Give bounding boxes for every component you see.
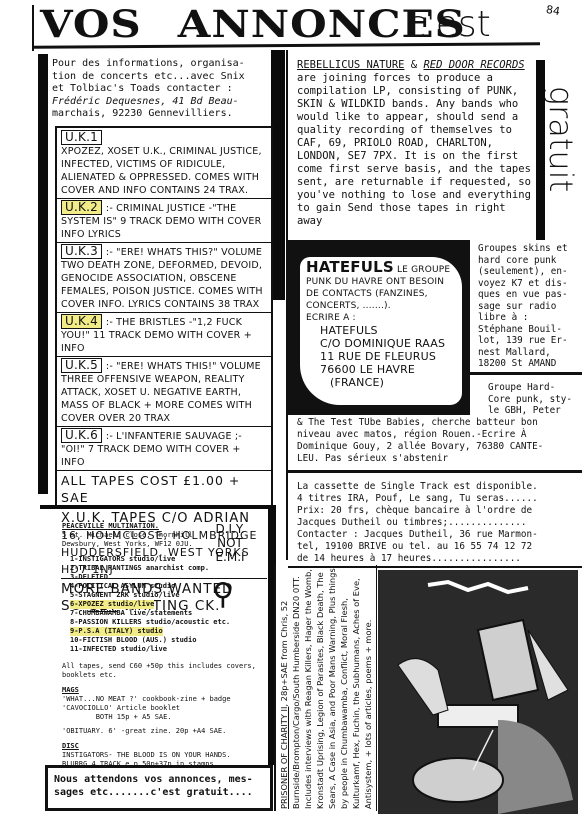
peaceville-tape: 9-P.S.A (ITALY) studio (70, 627, 163, 636)
xuk-entry-label: U.K.1 (61, 130, 102, 145)
peaceville-tape: 4-POLITICAL ASYLUM studio (70, 582, 267, 591)
xuk-tapes-ad: U.K.1 XPOZEZ, XOSET U.K., CRIMINAL JUSTI… (55, 126, 273, 508)
page-title: VOSANNONCES (40, 2, 466, 46)
skins-line: nest Mallard, (478, 347, 582, 359)
xuk-entry: U.K.1 XPOZEZ, XOSET U.K., CRIMINAL JUSTI… (57, 128, 271, 199)
hatefuls-address-line: HATEFULS (320, 324, 458, 337)
prisoner-text: PRISONER OF CHARITY II, 28p+SAE from Chr… (276, 565, 376, 811)
xuk-price: ALL TAPES COST £1.00 + SAE (57, 471, 271, 508)
diy-not-emi-slogan: D.I.Y. NOT E.M.I (205, 522, 255, 564)
prisoner-of-charity-ad: PRISONER OF CHARITY II, 28p+SAE from Chr… (274, 565, 377, 811)
rebellicus-heading: REBELLICUS NATURE (297, 59, 404, 71)
rebellicus-body: are joining forces to produce a compilat… (297, 72, 531, 227)
hatefuls-address: HATEFULS C/O DOMINIQUE RAAS 11 RUE DE FL… (306, 324, 458, 389)
hatefuls-line: PUNK DU HAVRE ONT BESOIN (306, 276, 458, 288)
hatefuls-subtitle: LE GROUPE (397, 265, 450, 275)
footer-line: sages etc.......c'est gratuit.... (54, 786, 264, 799)
hatefuls-line: ECRIRE A : (306, 312, 458, 324)
skins-line: libre à : (478, 312, 582, 324)
skins-line: (seulement), en- (478, 266, 582, 278)
title-word-vos: VOS (40, 2, 142, 46)
hatefuls-ad: HATEFULS LE GROUPE PUNK DU HAVRE ONT BES… (300, 257, 462, 405)
xuk-entry: U.K.4:- THE BRISTLES -"1,2 FUCK YOU!" 11… (57, 313, 271, 357)
red-door-heading: RED DOOR RECORDS (423, 59, 524, 71)
prisoner-title: PRISONER OF CHARITY II (279, 707, 289, 809)
xuk-entry-label: U.K.2 (61, 200, 102, 215)
hardcore-line: & The Test TUbe Babies, cherche batteur … (297, 417, 582, 429)
footer-line: Nous attendons vos annonces, mes- (54, 773, 264, 786)
prisoner-body: 28p+SAE from Chris, 52 Burnside/Brompton… (279, 568, 373, 809)
rebellicus-ad: REBELLICUS NATURE & RED DOOR RECORDS are… (297, 59, 535, 228)
slogan-line: D.I.Y. (205, 522, 255, 536)
slogan-line: E.M.I (205, 550, 255, 564)
hatefuls-line: CONCERTS, .......). (306, 300, 458, 312)
snix-line: tion de concerts etc...avec Snix (52, 71, 270, 84)
skins-line: lot, 139 rue Er- (478, 335, 582, 347)
snix-line: marchais, 92230 Gennevilliers. (52, 108, 270, 121)
hatefuls-text: HATEFULS LE GROUPE PUNK DU HAVRE ONT BES… (300, 257, 462, 389)
single-track-line: tel, 19100 BRIVE ou tel. au 16 55 74 12 … (297, 541, 582, 553)
center-ink-border (271, 50, 285, 300)
peaceville-top-rule (40, 505, 270, 509)
hardcore-line: niveau avec matos, région Rouen.-Ecrire … (297, 429, 582, 441)
peaceville-mag: 'CAVOCIOLLO' Article booklet (62, 704, 267, 713)
xuk-entry: U.K.2:- CRIMINAL JUSTICE -"THE SYSTEM IS… (57, 199, 271, 243)
hardcore-line: le GBH, Peter (488, 405, 582, 417)
single-track-line: La cassette de Single Track est disponib… (297, 481, 582, 493)
peaceville-tape: 3-DELETED (70, 573, 267, 582)
camera-figure-icon (378, 570, 578, 814)
surveillance-camera-illustration (378, 570, 578, 814)
snix-line: et Tolbiac's Toads contacter : (52, 83, 270, 96)
xuk-entry-label: U.K.3 (61, 244, 102, 259)
skins-line: 18200 St AMAND (478, 358, 582, 370)
hatefuls-address-line: (FRANCE) (320, 376, 458, 389)
single-track-line: Jacques Dutheil ou timbres;.............… (297, 517, 582, 529)
skins-ad: Groupes skins et hard core punk (seuleme… (478, 243, 582, 370)
hatefuls-address-line: C/O DOMINIQUE RAAS (320, 337, 458, 350)
peaceville-tape-list: 1-INSTIGATORS studio/live 2-TRIBAL RANTI… (62, 555, 267, 654)
xuk-entry-label: U.K.5 (61, 358, 102, 373)
title-cest: c'est (406, 4, 491, 45)
hardcore-ad-top: Groupe Hard- Core punk, sty- le GBH, Pet… (488, 382, 582, 417)
left-ink-border (38, 54, 48, 494)
single-track-ad: La cassette de Single Track est disponib… (297, 481, 582, 565)
page-number: 84 (545, 3, 561, 18)
hardcore-line: Dominique Gouy, 2 allée Bovary, 76380 CA… (297, 441, 582, 453)
hardcore-line: LEU. Pas sérieux s'abstenir (297, 453, 582, 465)
anarchy-peace-symbol-icon: ⚲ (212, 580, 234, 610)
xuk-entry: U.K.3:- "ERE! WHATS THIS?" VOLUME TWO DE… (57, 243, 271, 313)
peaceville-mags-heading: MAGS (62, 686, 267, 695)
peaceville-tape: 8-PASSION KILLERS studio/acoustic etc. (70, 618, 267, 627)
xuk-entry-label: U.K.6 (61, 428, 102, 443)
peaceville-tape: 7-CHUMBAWAMBA live/statements (70, 609, 267, 618)
hardcore-line: Groupe Hard- (488, 382, 582, 394)
peaceville-tape: 5-STAGNENT ZRK studio/live (70, 591, 267, 600)
xuk-entry: U.K.6:- L'INFANTERIE SAUVAGE ;- "OI!" 7 … (57, 427, 271, 471)
single-track-line: Contacter : Jacques Dutheil, 36 rue Marm… (297, 529, 582, 541)
single-track-line: Prix: 20 frs, chèque bancaire à l'ordre … (297, 505, 582, 517)
footer-ad: Nous attendons vos annonces, mes- sages … (45, 765, 273, 811)
right-ink-border (536, 60, 545, 240)
hatefuls-address-line: 11 RUE DE FLEURUS (320, 350, 458, 363)
footer-text: Nous attendons vos annonces, mes- sages … (48, 768, 270, 804)
xuk-entry: U.K.5:- "ERE! WHATS THIS!" VOLUME THREE … (57, 357, 271, 427)
frame-left-top (32, 5, 34, 51)
hatefuls-title: HATEFULS (306, 258, 394, 276)
hatefuls-line: DE CONTACTS (FANZINES, (306, 288, 458, 300)
skins-line: sage sur radio (478, 301, 582, 313)
hardcore-line: Core punk, sty- (488, 394, 582, 406)
peaceville-mag: 'OBITUARY. 6' -great zine. 20p +A4 SAE. (62, 727, 267, 736)
single-track-line: de 14 heures à 17 heures................ (297, 553, 582, 565)
peaceville-disc-heading: DISC (62, 742, 267, 751)
peaceville-tapes-note: All tapes, send C60 +50p this includes c… (62, 662, 267, 680)
skins-line: hard core punk (478, 255, 582, 267)
xuk-entry-label: U.K.4 (61, 314, 102, 329)
snix-ad: Pour des informations, organisa- tion de… (52, 58, 270, 121)
peaceville-disc: INSTIGATORS- THE BLOOD IS ON YOUR HANDS. (62, 751, 267, 760)
snix-line: Frédéric Dequesnes, 41 Bd Beau- (52, 96, 270, 109)
peaceville-mag: 'WHAT...NO MEAT ?' cookbook-zine + badge (62, 695, 267, 704)
peaceville-tape: 6-XPOZEZ studio/live (70, 600, 154, 609)
skins-line: ques en vue pas- (478, 289, 582, 301)
hardcore-ad: & The Test TUbe Babies, cherche batteur … (297, 417, 582, 465)
xuk-entry-text: XPOZEZ, XOSET U.K., CRIMINAL JUSTICE, IN… (61, 146, 262, 196)
snix-line: Pour des informations, organisa- (52, 58, 270, 71)
title-gratuit: gratuit (546, 40, 576, 230)
slogan-line: NOT (205, 536, 255, 550)
peaceville-tape: 10-FICTISH BLOOD (AUS.) studio (70, 636, 267, 645)
skins-line: Groupes skins et (478, 243, 582, 255)
hardcore-rule (288, 470, 582, 473)
skins-rule (470, 372, 582, 375)
skins-line: Stéphane Bouil- (478, 324, 582, 336)
peaceville-tape: 2-TRIBAL RANTINGS anarchist comp. (70, 564, 267, 573)
single-track-line: 4 titres IRA, Pouf, Le sang, Tu seras...… (297, 493, 582, 505)
skins-line: voyez K7 et dis- (478, 278, 582, 290)
hatefuls-address-line: 76600 LE HAVRE (320, 363, 458, 376)
peaceville-mag: BOTH 15p + A5 SAE. (62, 713, 267, 722)
peaceville-tape: 11-INFECTED studio/live (70, 645, 267, 654)
